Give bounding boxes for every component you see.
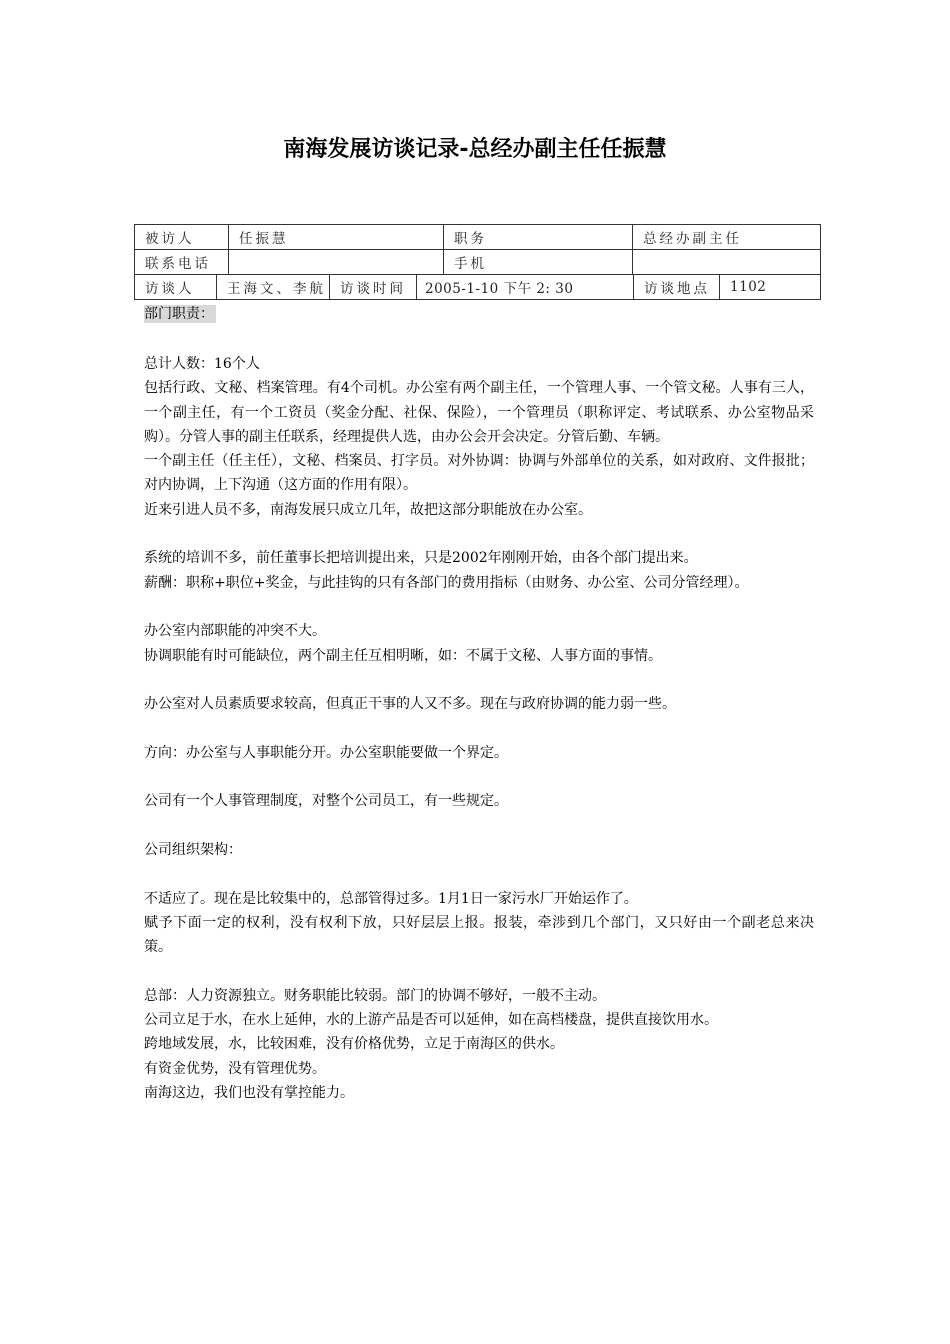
blank-line — [144, 522, 814, 546]
paragraph: 办公室对人员素质要求较高，但真正干事的人又不多。现在与政府协调的能力弱一些。 — [144, 692, 814, 716]
label-interviewer: 访谈人 — [135, 275, 217, 300]
label-mobile: 手机 — [444, 250, 633, 275]
label-phone: 联系电话 — [135, 250, 229, 275]
blank-line — [144, 595, 814, 619]
blank-line — [144, 814, 814, 838]
value-phone — [229, 250, 444, 275]
blank-line — [144, 765, 814, 789]
paragraph: 一个副主任（任主任），文秘、档案员、打字员。对外协调：协调与外部单位的关系，如对… — [144, 449, 814, 498]
interview-notes: 总计人数：16个人 包括行政、文秘、档案管理。有4个司机。办公室有两个副主任，一… — [144, 352, 814, 1105]
paragraph: 公司组织架构： — [144, 838, 814, 862]
paragraph: 包括行政、文秘、档案管理。有4个司机。办公室有两个副主任，一个管理人事、一个管文… — [144, 376, 814, 449]
table-row-interview: 访谈人 王海文、李航 访谈时间 2005-1-10 下午 2: 30 访谈地点 … — [135, 275, 821, 300]
paragraph: 有资金优势，没有管理优势。 — [144, 1057, 814, 1081]
paragraph: 系统的培训不多，前任董事长把培训提出来，只是2002年刚刚开始，由各个部门提出来… — [144, 546, 814, 570]
blank-line — [144, 716, 814, 740]
value-time: 2005-1-10 下午 2: 30 — [417, 275, 634, 300]
paragraph: 公司有一个人事管理制度，对整个公司员工，有一些规定。 — [144, 789, 814, 813]
value-interviewer: 王海文、李航 — [217, 275, 330, 300]
value-interviewee: 任振慧 — [229, 225, 444, 250]
table-row-interviewee: 被访人 任振慧 职务 总经办副主任 — [135, 225, 821, 250]
paragraph: 协调职能有时可能缺位，两个副主任互相明晰，如：不属于文秘、人事方面的事情。 — [144, 644, 814, 668]
label-position: 职务 — [444, 225, 633, 250]
paragraph: 赋予下面一定的权利，没有权利下放，只好层层上报。报装，牵涉到几个部门，又只好由一… — [144, 911, 814, 960]
paragraph: 总部：人力资源独立。财务职能比较弱。部门的协调不够好，一般不主动。 — [144, 984, 814, 1008]
page-title: 南海发展访谈记录-总经办副主任任振慧 — [0, 134, 950, 166]
blank-line — [144, 959, 814, 983]
blank-line — [144, 668, 814, 692]
value-mobile — [633, 250, 821, 275]
value-position: 总经办副主任 — [633, 225, 821, 250]
paragraph: 办公室内部职能的冲突不大。 — [144, 619, 814, 643]
paragraph: 近来引进人员不多，南海发展只成立几年，故把这部分职能放在办公室。 — [144, 498, 814, 522]
paragraph: 公司立足于水，在水上延伸，水的上游产品是否可以延伸，如在高档楼盘，提供直接饮用水… — [144, 1008, 814, 1032]
label-location: 访谈地点 — [634, 275, 720, 300]
interview-info-table: 被访人 任振慧 职务 总经办副主任 联系电话 手机 访谈人 王海文、李航 访谈时… — [134, 224, 821, 300]
blank-line — [144, 862, 814, 886]
value-location: 1102 — [720, 275, 821, 300]
paragraph: 跨地域发展，水，比较困难，没有价格优势，立足于南海区的供水。 — [144, 1032, 814, 1056]
label-time: 访谈时间 — [330, 275, 417, 300]
label-interviewee: 被访人 — [135, 225, 229, 250]
paragraph: 薪酬：职称+职位+奖金，与此挂钩的只有各部门的费用指标（由财务、办公室、公司分管… — [144, 571, 814, 595]
paragraph: 南海这边，我们也没有掌控能力。 — [144, 1081, 814, 1105]
paragraph: 不适应了。现在是比较集中的，总部管得过多。1月1日一家污水厂开始运作了。 — [144, 887, 814, 911]
section-label-department-duties: 部门职责： — [144, 305, 216, 323]
paragraph: 方向：办公室与人事职能分开。办公室职能要做一个界定。 — [144, 741, 814, 765]
table-row-contact: 联系电话 手机 — [135, 250, 821, 275]
paragraph: 总计人数：16个人 — [144, 352, 814, 376]
